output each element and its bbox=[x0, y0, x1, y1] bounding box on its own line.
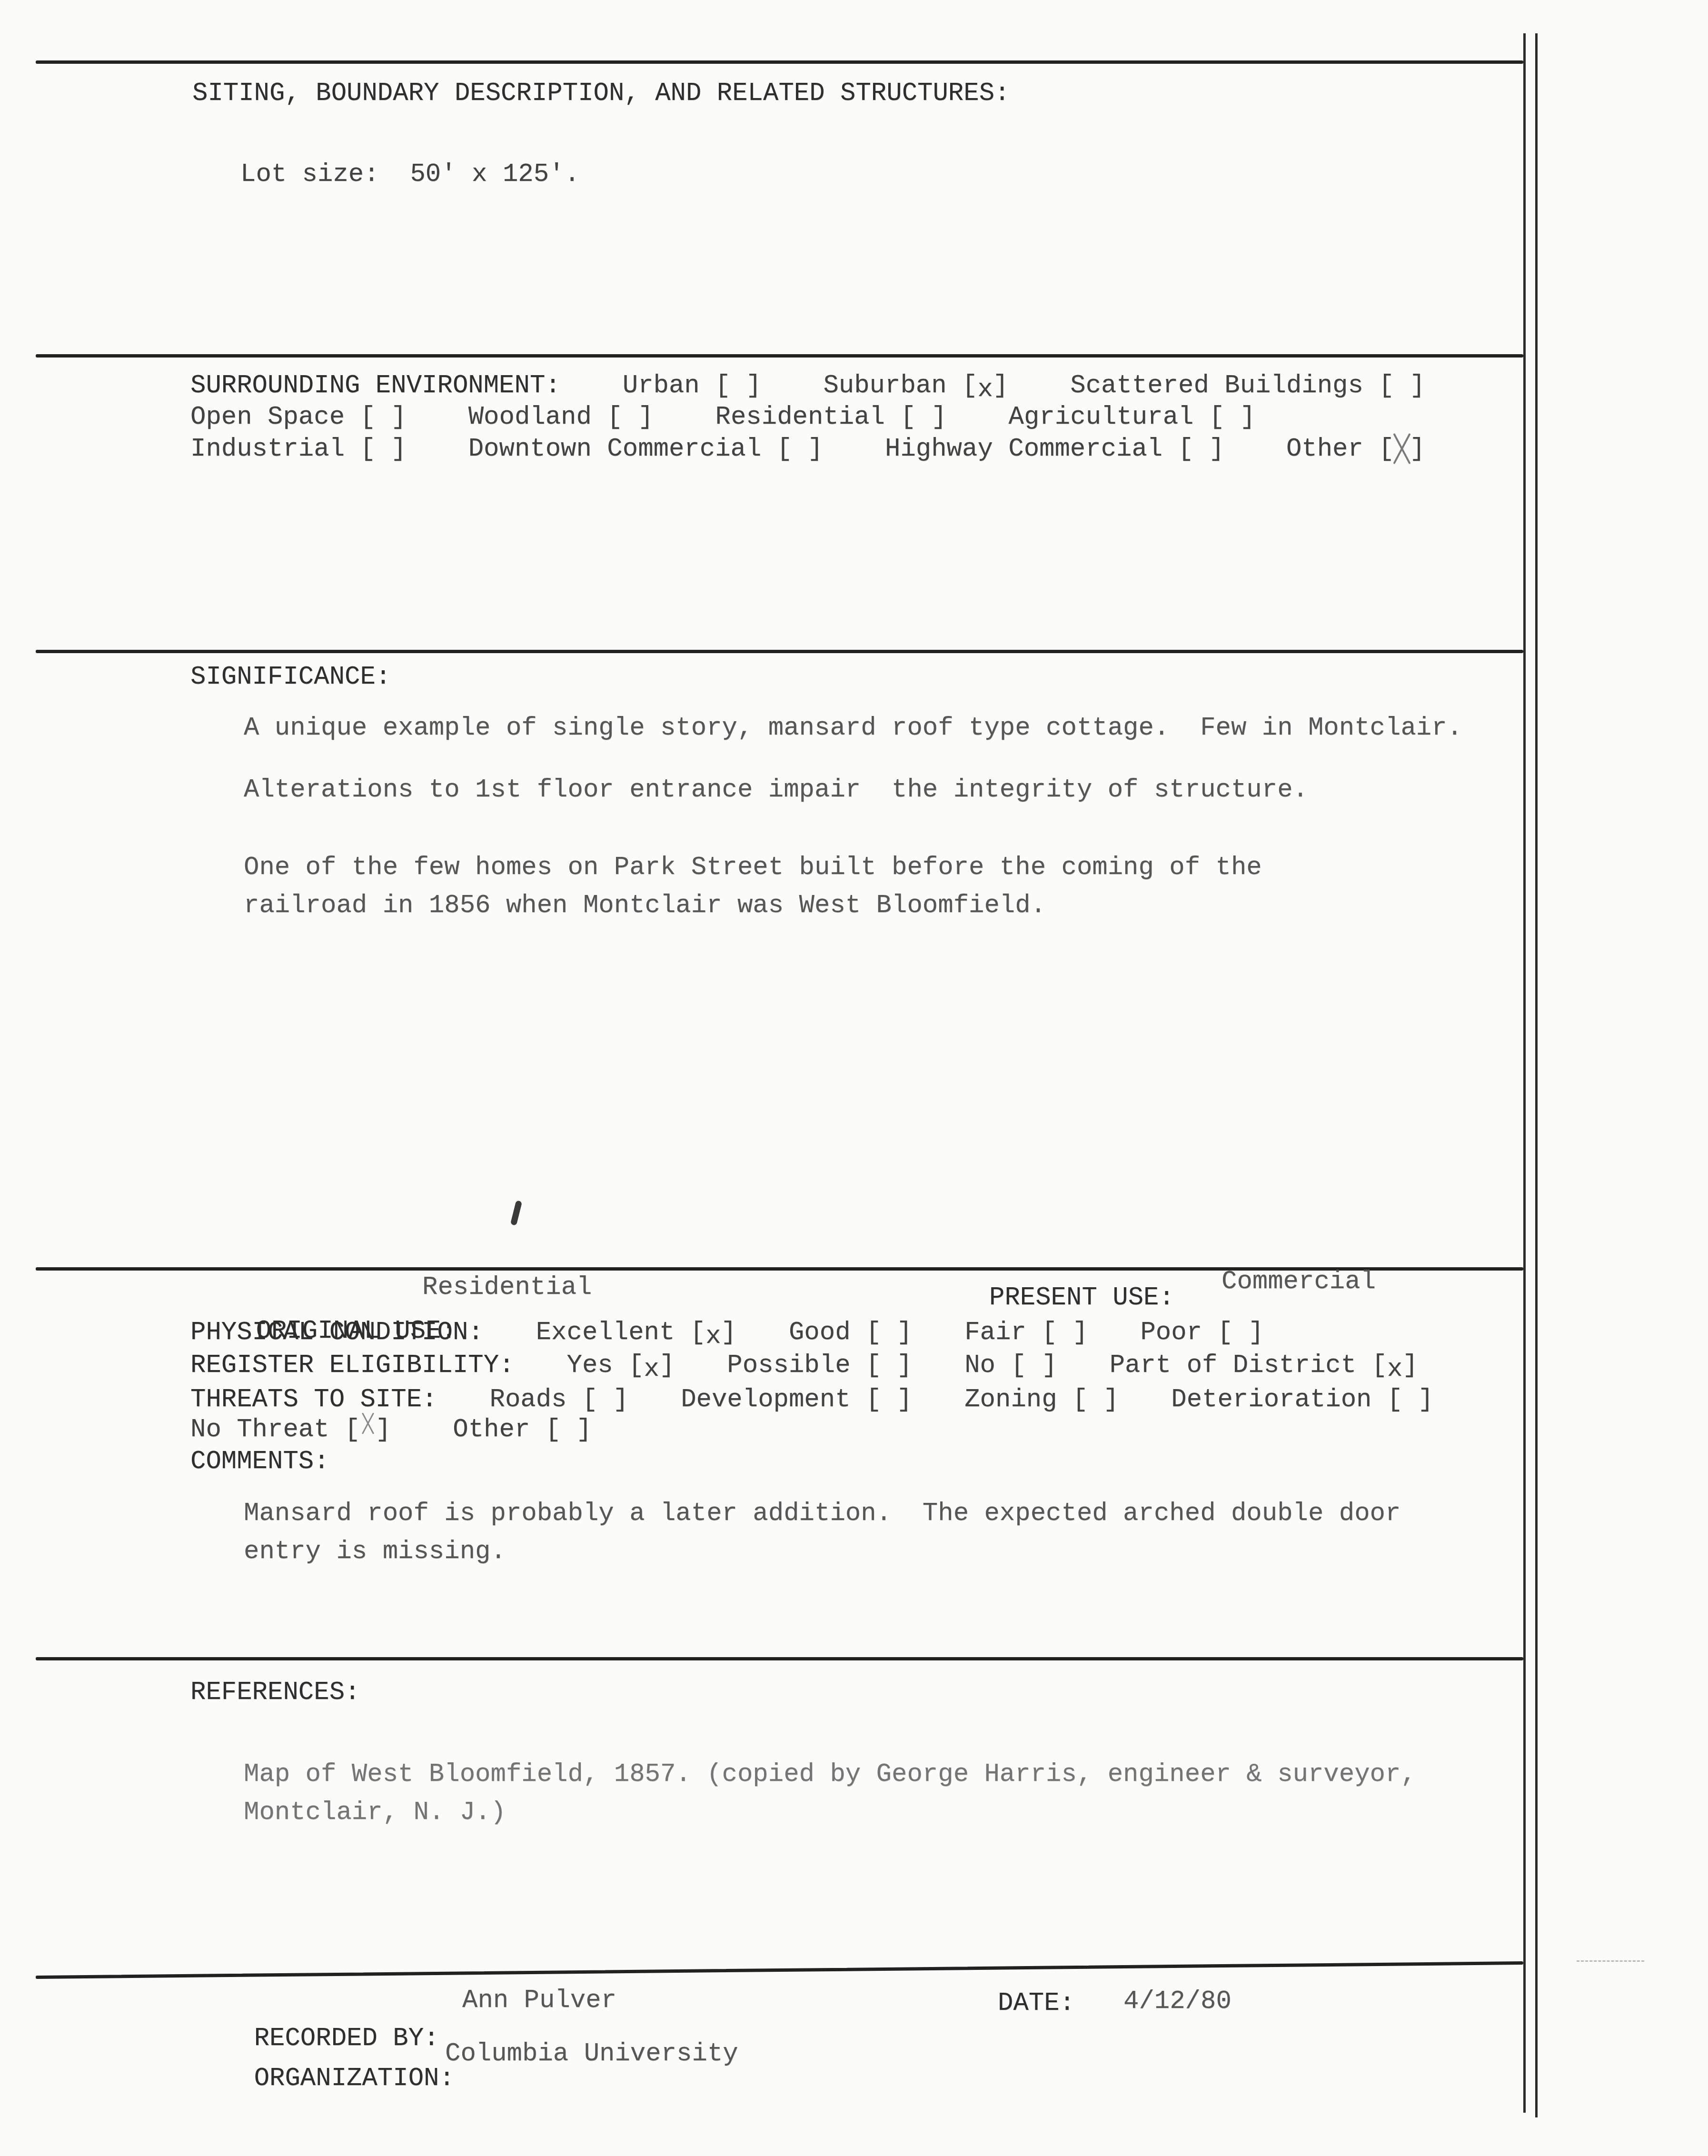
checkbox-label: Yes bbox=[567, 1351, 613, 1380]
surrounding-environment-row-1: SURROUNDING ENVIRONMENT: Urban [ ]Suburb… bbox=[190, 369, 1425, 403]
checkbox-label: Excellent bbox=[536, 1318, 675, 1347]
checkbox-agricultural: Agricultural [ ] bbox=[1009, 401, 1255, 434]
typed-x-mark: x bbox=[1387, 1355, 1402, 1384]
threats-to-site-label: THREATS TO SITE: bbox=[190, 1383, 437, 1417]
checkbox-brackets: [x] bbox=[613, 1351, 675, 1380]
checkbox-residential: Residential [ ] bbox=[715, 401, 947, 434]
checkbox-brackets: [ ] bbox=[700, 371, 762, 400]
checkbox-brackets: [ ] bbox=[345, 403, 407, 432]
threats-to-site-row: THREATS TO SITE: Roads [ ]Development [ … bbox=[190, 1383, 1433, 1417]
checkbox-no-threat: No Threat [ ] bbox=[190, 1413, 391, 1447]
references-text: Map of West Bloomfield, 1857. (copied by… bbox=[244, 1756, 1416, 1832]
checkbox-scattered-buildings: Scattered Buildings [ ] bbox=[1070, 369, 1425, 403]
checkbox-brackets: [ ] bbox=[1363, 435, 1425, 464]
checkbox-label: Poor bbox=[1140, 1318, 1202, 1347]
checkbox-brackets: [ ] bbox=[567, 1385, 629, 1414]
checkbox-brackets: [ ] bbox=[851, 1351, 913, 1380]
recorded-by-row: RECORDED BY: Ann Pulver DATE: 4/12/80 bbox=[192, 1989, 1620, 2022]
surrounding-environment-label: SURROUNDING ENVIRONMENT: bbox=[190, 369, 561, 403]
checkbox-brackets: [x] bbox=[1356, 1351, 1418, 1380]
significance-paragraph-1: A unique example of single story, mansar… bbox=[244, 712, 1462, 745]
organization-value: Columbia University bbox=[445, 2037, 738, 2071]
checkbox-urban: Urban [ ] bbox=[623, 369, 762, 403]
checkbox-brackets: [x] bbox=[947, 371, 1009, 400]
checkbox-label: Fair bbox=[964, 1318, 1026, 1347]
checkbox-label: No bbox=[964, 1351, 995, 1380]
checkbox-label: Scattered Buildings bbox=[1070, 371, 1363, 400]
checkbox-label: Deterioration bbox=[1171, 1385, 1371, 1414]
comments-section-title: COMMENTS: bbox=[190, 1445, 329, 1479]
checkbox-brackets: [ ] bbox=[885, 403, 947, 432]
significance-paragraph-2: Alterations to 1st floor entrance impair… bbox=[244, 774, 1308, 807]
use-row: ORIGINAL USE: Residential PRESENT USE: C… bbox=[194, 1282, 1622, 1315]
typed-x-mark: x bbox=[644, 1355, 659, 1384]
checkbox-suburban: Suburban [x] bbox=[823, 369, 1008, 403]
checkbox-yes: Yes [x] bbox=[567, 1349, 675, 1382]
checkbox-brackets: [ ] bbox=[1202, 1318, 1264, 1347]
references-section-title: REFERENCES: bbox=[190, 1676, 360, 1709]
checkbox-brackets: [ ] bbox=[345, 435, 407, 464]
checkbox-brackets: [ ] bbox=[592, 403, 654, 432]
checkbox-zoning: Zoning [ ] bbox=[964, 1383, 1119, 1417]
checkbox-label: Woodland bbox=[468, 403, 592, 432]
checkbox-label: Residential bbox=[715, 403, 885, 432]
checkbox-label: Highway Commercial bbox=[885, 435, 1162, 464]
checkbox-brackets: [ ] bbox=[851, 1385, 913, 1414]
checkbox-no: No [ ] bbox=[964, 1349, 1057, 1382]
checkbox-brackets: [x] bbox=[675, 1318, 736, 1347]
checkbox-label: Good bbox=[789, 1318, 851, 1347]
checkbox-brackets: [ ] bbox=[530, 1415, 592, 1444]
checkbox-label: Other bbox=[453, 1415, 530, 1444]
checkbox-label: Other bbox=[1286, 435, 1363, 464]
register-eligibility-row: REGISTER ELIGIBILITY: Yes [x]Possible [ … bbox=[190, 1349, 1418, 1382]
checkbox-label: No Threat bbox=[190, 1415, 329, 1444]
handwritten-x-mark bbox=[360, 1411, 376, 1435]
checkbox-development: Development [ ] bbox=[681, 1383, 912, 1417]
recorded-by-value: Ann Pulver bbox=[462, 1984, 616, 2017]
section-divider-line-1 bbox=[36, 60, 1523, 64]
physical-condition-row: PHYSICAL CONDITION: Excellent [x]Good [ … bbox=[190, 1316, 1264, 1350]
organization-row: ORGANIZATION: Columbia University bbox=[192, 2029, 1620, 2062]
checkbox-label: Roads bbox=[489, 1385, 566, 1414]
typed-x-mark: x bbox=[705, 1322, 721, 1351]
checkbox-label: Industrial bbox=[190, 435, 345, 464]
checkbox-woodland: Woodland [ ] bbox=[468, 401, 654, 434]
present-use-label: PRESENT USE: bbox=[989, 1282, 1174, 1315]
checkbox-label: Downtown Commercial bbox=[468, 435, 762, 464]
checkbox-other: Other [ ] bbox=[453, 1413, 592, 1447]
section-divider-line-2 bbox=[36, 354, 1523, 358]
register-eligibility-label: REGISTER ELIGIBILITY: bbox=[190, 1349, 515, 1382]
checkbox-label: Open Space bbox=[190, 403, 345, 432]
checkbox-label: Part of District bbox=[1110, 1351, 1356, 1380]
right-margin-line-inner bbox=[1523, 33, 1526, 2113]
checkbox-label: Zoning bbox=[964, 1385, 1057, 1414]
checkbox-downtown-commercial: Downtown Commercial [ ] bbox=[468, 433, 823, 466]
checkbox-label: Development bbox=[681, 1385, 850, 1414]
right-margin-line-outer bbox=[1535, 33, 1538, 2117]
scanned-survey-form-page: SITING, BOUNDARY DESCRIPTION, AND RELATE… bbox=[0, 0, 1708, 2156]
checkbox-industrial: Industrial [ ] bbox=[190, 433, 407, 466]
threats-to-site-row-2: No Threat [ ]Other [ ] bbox=[190, 1413, 592, 1447]
checkbox-brackets: [ ] bbox=[851, 1318, 913, 1347]
section-divider-line-3 bbox=[36, 650, 1523, 653]
checkbox-good: Good [ ] bbox=[789, 1316, 912, 1350]
handwritten-x-mark bbox=[1391, 432, 1413, 466]
checkbox-roads: Roads [ ] bbox=[489, 1383, 628, 1417]
checkbox-label: Agricultural bbox=[1009, 403, 1194, 432]
significance-paragraph-3: One of the few homes on Park Street buil… bbox=[244, 849, 1262, 925]
checkbox-brackets: [ ] bbox=[1193, 403, 1255, 432]
siting-section-title: SITING, BOUNDARY DESCRIPTION, AND RELATE… bbox=[192, 77, 1010, 110]
checkbox-brackets: [ ] bbox=[1372, 1385, 1434, 1414]
surrounding-environment-row-3: Industrial [ ]Downtown Commercial [ ]Hig… bbox=[190, 433, 1425, 466]
date-value: 4/12/80 bbox=[1123, 1985, 1231, 2018]
organization-label: ORGANIZATION: bbox=[254, 2064, 455, 2093]
checkbox-fair: Fair [ ] bbox=[964, 1316, 1088, 1350]
checkbox-highway-commercial: Highway Commercial [ ] bbox=[885, 433, 1224, 466]
checkbox-possible: Possible [ ] bbox=[727, 1349, 912, 1382]
checkbox-brackets: [ ] bbox=[1026, 1318, 1088, 1347]
checkbox-excellent: Excellent [x] bbox=[536, 1316, 736, 1350]
checkbox-brackets: [ ] bbox=[1162, 435, 1224, 464]
significance-section-title: SIGNIFICANCE: bbox=[190, 661, 391, 694]
date-label: DATE: bbox=[998, 1987, 1075, 2020]
checkbox-label: Suburban bbox=[823, 371, 946, 400]
checkbox-brackets: [ ] bbox=[995, 1351, 1057, 1380]
typed-x-mark: x bbox=[977, 375, 993, 404]
checkbox-poor: Poor [ ] bbox=[1140, 1316, 1263, 1350]
checkbox-part-of-district: Part of District [x] bbox=[1110, 1349, 1418, 1382]
original-use-value: Residential bbox=[422, 1271, 592, 1304]
pen-stroke-mark bbox=[510, 1200, 522, 1226]
checkbox-brackets: [ ] bbox=[1363, 371, 1425, 400]
checkbox-other: Other [ ] bbox=[1286, 433, 1425, 466]
section-divider-line-5 bbox=[36, 1657, 1523, 1660]
checkbox-label: Possible bbox=[727, 1351, 850, 1380]
present-use-value: Commercial bbox=[1221, 1265, 1376, 1299]
checkbox-brackets: [ ] bbox=[1057, 1385, 1119, 1414]
section-divider-line-6 bbox=[36, 1961, 1523, 1979]
edge-dash-mark bbox=[1577, 1960, 1644, 1962]
checkbox-brackets: [ ] bbox=[329, 1415, 391, 1444]
checkbox-open-space: Open Space [ ] bbox=[190, 401, 407, 434]
surrounding-environment-row-2: Open Space [ ]Woodland [ ]Residential [ … bbox=[190, 401, 1255, 434]
checkbox-deterioration: Deterioration [ ] bbox=[1171, 1383, 1433, 1417]
lot-size-text: Lot size: 50' x 125'. bbox=[240, 158, 580, 191]
physical-condition-label: PHYSICAL CONDITION: bbox=[190, 1316, 484, 1350]
checkbox-brackets: [ ] bbox=[761, 435, 823, 464]
checkbox-label: Urban bbox=[623, 371, 700, 400]
comments-text: Mansard roof is probably a later additio… bbox=[244, 1495, 1400, 1571]
